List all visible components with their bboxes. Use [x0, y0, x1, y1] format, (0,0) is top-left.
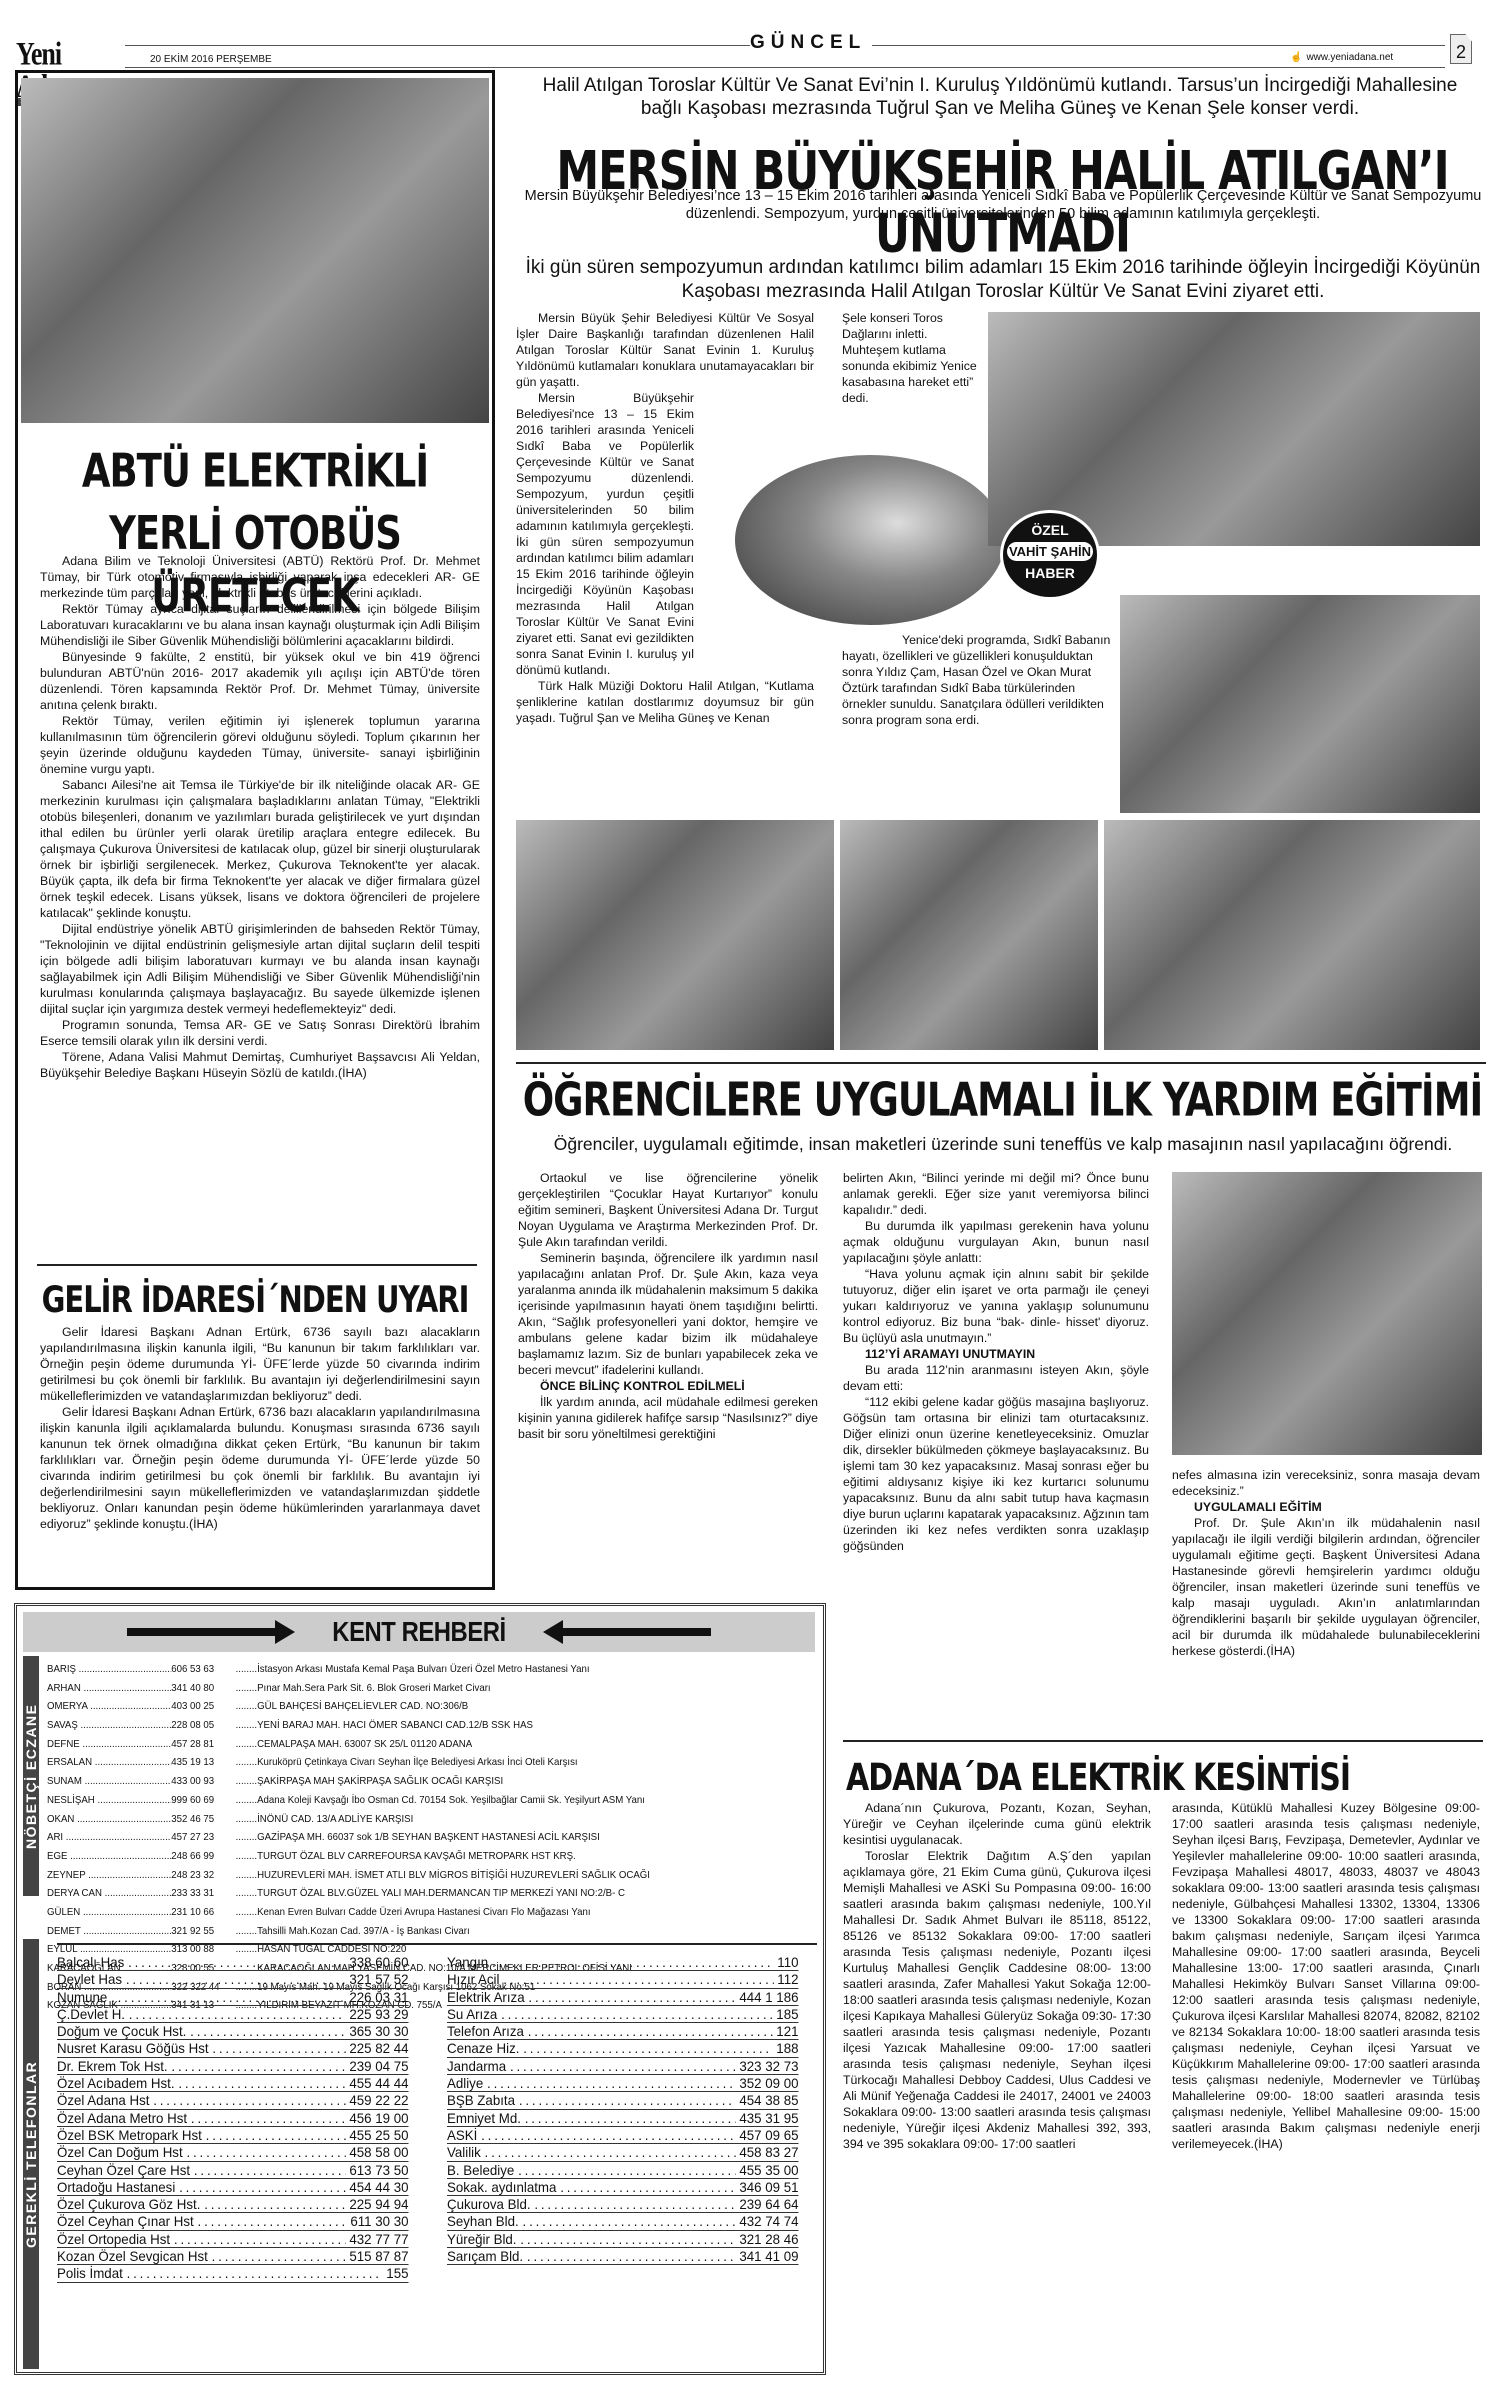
pharmacy-row: DEFNE457 28 81CEMALPAŞA MAH. 63007 SK 25…: [47, 1735, 811, 1754]
mersin-column-2: Şele konseri Toros Dağlarını inletti. Mu…: [842, 310, 977, 406]
service-phone: 454 38 85: [739, 2092, 798, 2108]
service-phone: 321 57 52: [349, 1971, 408, 1987]
phone-row: Doğum ve Çocuk Hst.365 30 30: [57, 2023, 409, 2040]
service-phone: 444 1 186: [739, 1989, 798, 2005]
service-name: BŞB Zabıta: [447, 2092, 515, 2108]
badge-author: VAHİT ŞAHİN: [1007, 542, 1093, 561]
pharmacy-phone: 248 66 99: [171, 1847, 235, 1866]
leader-dots: [204, 2196, 345, 2212]
phone-row: Özel Can Doğum Hst458 58 00: [57, 2144, 409, 2161]
service-name: Telefon Arıza: [447, 2023, 524, 2039]
leader-dots: [487, 2075, 735, 2091]
leader-dots: [174, 2231, 346, 2247]
service-phone: 121: [776, 2023, 798, 2039]
pharmacy-phone: 999 60 69: [171, 1791, 235, 1810]
service-phone: 455 25 50: [349, 2127, 408, 2143]
pharmacy-phone: 457 27 23: [171, 1828, 235, 1847]
paragraph: Bünyesinde 9 fakülte, 2 enstitü, bir yük…: [40, 649, 480, 713]
leader-dots: [501, 2006, 772, 2022]
phone-row: Ceyhan Özel Çare Hst613 73 50: [57, 2162, 409, 2179]
phone-row: Valilik458 83 27: [447, 2144, 799, 2161]
leader-dots: [206, 2127, 346, 2143]
pharmacy-phone: 457 28 81: [171, 1735, 235, 1754]
paragraph: Mersin Büyük Şehir Belediyesi Kültür Ve …: [516, 310, 814, 390]
service-phone: 455 35 00: [739, 2162, 798, 2178]
pharmacy-row: GÜLEN231 10 66Kenan Evren Bulvarı Cadde …: [47, 1903, 811, 1922]
service-name: B. Belediye: [447, 2162, 514, 2178]
pharmacy-row: ZEYNEP248 23 32HUZUREVLERİ MAH. İSMET AT…: [47, 1866, 811, 1885]
gelir-article-body: Gelir İdaresi Başkanı Adnan Ertürk, 6736…: [40, 1324, 480, 1532]
service-phone: 458 58 00: [349, 2144, 408, 2160]
service-name: Özel Ceyhan Çınar Hst: [57, 2213, 194, 2229]
mersin-intro: Halil Atılgan Toroslar Kültür Ve Sanat E…: [520, 74, 1480, 120]
pharmacy-address: GÜL BAHÇESİ BAHÇELİEVLER CAD. NO:306/B: [236, 1697, 469, 1716]
exclusive-news-badge: ÖZEL VAHİT ŞAHİN HABER: [1000, 510, 1100, 600]
leader-dots: [503, 1971, 773, 1987]
service-phone: 225 94 94: [349, 2196, 408, 2212]
pharmacy-name: ARHAN: [47, 1679, 171, 1698]
subheading: UYGULAMALI EĞİTİM: [1172, 1499, 1480, 1515]
leader-dots: [518, 2162, 735, 2178]
leader-dots: [492, 1954, 774, 1970]
service-name: Özel Acıbadem Hst.: [57, 2075, 175, 2091]
paragraph: Adana´nın Çukurova, Pozantı, Kozan, Seyh…: [843, 1800, 1151, 1848]
issue-date: 20 EKİM 2016 PERŞEMBE: [150, 54, 272, 65]
service-phone: 185: [776, 2006, 798, 2022]
service-phone: 352 09 00: [739, 2075, 798, 2091]
service-name: Doğum ve Çocuk Hst.: [57, 2023, 186, 2039]
dancers-photo: [840, 820, 1098, 1050]
leader-dots: [560, 2179, 735, 2195]
phone-row: Sokak. aydınlatma346 09 51: [447, 2179, 799, 2196]
pharmacy-row: DERYA CAN233 33 31TURGUT ÖZAL BLV.GÜZEL …: [47, 1884, 811, 1903]
service-phone: 432 74 74: [739, 2213, 798, 2229]
pharmacy-name: DEFNE: [47, 1735, 171, 1754]
pharmacy-name: ARI: [47, 1828, 171, 1847]
service-name: Özel Adana Metro Hst: [57, 2110, 187, 2126]
service-name: Sarıçam Bld.: [447, 2248, 523, 2264]
pharmacy-address: Kenan Evren Bulvarı Cadde Üzeri Avrupa H…: [236, 1903, 591, 1922]
power-outage-headline: ADANA´DA ELEKTRİK KESİNTİSİ: [840, 1756, 1490, 1801]
pharmacy-name: ERSALAN: [47, 1753, 171, 1772]
leader-dots: [534, 2196, 735, 2212]
paragraph: Seminerin başında, öğrencilere ilk yardı…: [518, 1250, 818, 1378]
phone-row: ASKİ457 09 65: [447, 2127, 799, 2144]
leader-dots: [212, 2040, 345, 2056]
service-phone: 457 09 65: [739, 2127, 798, 2143]
phone-row: Çukurova Bld.239 64 64: [447, 2196, 799, 2213]
paragraph: Türk Halk Müziği Doktoru Halil Atılgan, …: [516, 678, 814, 726]
phone-row: Ortadoğu Hastanesi454 44 30: [57, 2179, 409, 2196]
pharmacy-name: DEMET: [47, 1922, 171, 1941]
leader-dots: [485, 2144, 736, 2160]
pharmacy-name: NESLİŞAH: [47, 1791, 171, 1810]
website-url: www.yeniadana.net: [1306, 52, 1393, 63]
pharmacy-row: DEMET321 92 55Tahsilli Mah.Kozan Cad. 39…: [47, 1922, 811, 1941]
service-name: Yüreğir Bld.: [447, 2231, 516, 2247]
service-phone: 432 77 77: [349, 2231, 408, 2247]
phone-list-left: Balcalı Has338 60 60Devlet Has321 57 52N…: [57, 1954, 427, 2283]
paragraph: Toroslar Elektrik Dağıtım A.Ş´den yapıla…: [843, 1848, 1151, 2152]
pharmacy-phone: 248 23 32: [171, 1866, 235, 1885]
pharmacy-row: BARIŞ606 53 63İstasyon Arkası Mustafa Ke…: [47, 1660, 811, 1679]
service-name: Yangın: [447, 1954, 488, 1970]
phone-row: Cenaze Hiz.188: [447, 2040, 799, 2057]
mersin-subdeck: İki gün süren sempozyumun ardından katıl…: [518, 256, 1488, 304]
mersin-column-3: Yenice'deki programda, Sıdkî Babanın hay…: [842, 632, 1112, 728]
pharmacy-row: ARI457 27 23GAZİPAŞA MH. 66037 sok 1/B S…: [47, 1828, 811, 1847]
service-phone: 435 31 95: [739, 2110, 798, 2126]
phone-row: Özel Ceyhan Çınar Hst611 30 30: [57, 2213, 409, 2230]
service-name: Valilik: [447, 2144, 481, 2160]
pharmacy-name: OMERYA: [47, 1697, 171, 1716]
pharmacy-address: GAZİPAŞA MH. 66037 sok 1/B SEYHAN BAŞKEN…: [236, 1828, 600, 1847]
power-outage-column-1: Adana´nın Çukurova, Pozantı, Kozan, Seyh…: [843, 1800, 1151, 2152]
pharmacy-row: NESLİŞAH999 60 69Adana Koleji Kavşağı İb…: [47, 1791, 811, 1810]
leader-dots: [111, 1989, 345, 2005]
phone-row: Adliye352 09 00: [447, 2075, 799, 2092]
phone-row: Sarıçam Bld.341 41 09: [447, 2248, 799, 2265]
service-phone: 226 03 31: [349, 1989, 408, 2005]
service-name: Özel BSK Metropark Hst: [57, 2127, 202, 2143]
first-aid-column-1: Ortaokul ve lise öğrencilerine yönelik g…: [518, 1170, 818, 1442]
service-phone: 346 09 51: [739, 2179, 798, 2195]
service-name: Kozan Özel Sevgican Hst: [57, 2248, 208, 2264]
leader-dots: [171, 2058, 345, 2074]
service-phone: 225 82 44: [349, 2040, 408, 2056]
city-guide-box: KENT REHBERİ NÖBETÇİ ECZANE GEREKLİ TELE…: [14, 1603, 826, 2375]
pharmacy-phone: 435 19 13: [171, 1753, 235, 1772]
badge-top: ÖZEL: [1003, 522, 1097, 538]
divider: [37, 1264, 477, 1266]
leader-dots: [528, 2023, 773, 2039]
pharmacy-name: SUNAM: [47, 1772, 171, 1791]
service-name: Özel Adana Hst: [57, 2092, 149, 2108]
musicians-photo: [516, 820, 834, 1050]
service-phone: 110: [777, 1954, 798, 1970]
phone-row: Yangın110: [447, 1954, 799, 1971]
leader-dots: [528, 1989, 735, 2005]
service-name: Nusret Karasu Göğüs Hst: [57, 2040, 209, 2056]
arrow-right-icon: [127, 1628, 277, 1636]
leader-dots: [126, 1971, 346, 1987]
service-phone: 338 60 60: [349, 1954, 408, 1970]
pharmacy-name: SAVAŞ: [47, 1716, 171, 1735]
phone-list-right: Yangın110Hızır Acil112Elektrik Arıza444 …: [447, 1954, 817, 2265]
pointing-hand-icon: ☝: [1290, 52, 1302, 63]
pharmacy-name: GÜLEN: [47, 1903, 171, 1922]
power-outage-column-2: arasında, Kütüklü Mahallesi Kuzey Bölges…: [1172, 1800, 1480, 2152]
first-aid-deck: Öğrenciler, uygulamalı eğitimde, insan m…: [518, 1133, 1488, 1155]
phone-row: Ç.Devlet H.225 93 29: [57, 2006, 409, 2023]
service-phone: 239 04 75: [349, 2058, 408, 2074]
phone-row: Balcalı Has338 60 60: [57, 1954, 409, 1971]
paragraph: Gelir İdaresi Başkanı Adnan Ertürk, 6736…: [40, 1404, 480, 1532]
paragraph: Rektör Tümay ayrıca dijital suçların del…: [40, 601, 480, 649]
paragraph: “Hava yolunu açmak için alnını sabit bir…: [843, 1266, 1149, 1346]
pharmacy-address: Pınar Mah.Sera Park Sit. 6. Blok Groseri…: [236, 1679, 491, 1698]
pharmacy-phone: 403 00 25: [171, 1697, 235, 1716]
pharmacy-address: HUZUREVLERİ MAH. İSMET ATLI BLV MİGROS B…: [236, 1866, 650, 1885]
service-phone: 155: [386, 2265, 408, 2281]
ceremony-photo: [21, 78, 489, 423]
phones-label: GEREKLİ TELEFONLAR: [23, 1939, 39, 2369]
service-name: Devlet Has: [57, 1971, 122, 1987]
leader-dots: [190, 2023, 345, 2039]
pharmacy-address: Tahsilli Mah.Kozan Cad. 397/A - İş Banka…: [236, 1922, 470, 1941]
service-phone: 515 87 87: [349, 2248, 408, 2264]
pharmacy-phone: 231 10 66: [171, 1903, 235, 1922]
phone-row: Seyhan Bld.432 74 74: [447, 2213, 799, 2230]
pharmacy-address: TURGUT ÖZAL BLV.GÜZEL YALI MAH.DERMANCAN…: [236, 1884, 625, 1903]
paragraph: Bu arada 112’nin aranmasını isteyen Akın…: [843, 1362, 1149, 1394]
leader-dots: [128, 1954, 345, 1970]
paragraph: Sabancı Ailesi'ne ait Temsa ile Türkiye'…: [40, 777, 480, 921]
divider: [516, 1062, 1486, 1064]
leader-dots: [129, 2006, 346, 2022]
pharmacy-phone: 433 00 93: [171, 1772, 235, 1791]
service-name: Elektrik Arıza: [447, 1989, 525, 2005]
masthead-rule-bottom: [125, 67, 1445, 68]
service-name: Balcalı Has: [57, 1954, 124, 1970]
leader-dots: [520, 2231, 735, 2247]
pharmacy-row: ERSALAN435 19 13Kuruköprü Çetinkaya Civa…: [47, 1753, 811, 1772]
paragraph: Rektör Tümay, verilen eğitimin iyi işlen…: [40, 713, 480, 777]
service-name: Çukurova Bld.: [447, 2196, 531, 2212]
arrow-left-icon: [561, 1628, 711, 1636]
section-title: GÜNCEL: [750, 32, 872, 54]
service-phone: 112: [777, 1971, 798, 1987]
paragraph: Adana Bilim ve Teknoloji Üniversitesi (A…: [40, 553, 480, 601]
phone-row: Özel Ortopedia Hst432 77 77: [57, 2231, 409, 2248]
service-phone: 611 30 30: [350, 2213, 408, 2229]
page-number: 2: [1450, 34, 1472, 64]
pharmacy-phone: 228 08 05: [171, 1716, 235, 1735]
divider: [57, 1943, 817, 1945]
paragraph: Bu durumda ilk yapılması gerekenin hava …: [843, 1218, 1149, 1266]
service-phone: 365 30 30: [349, 2023, 408, 2039]
paragraph: Dijital endüstriye yönelik ABTÜ girişiml…: [40, 921, 480, 1017]
phone-row: Telefon Arıza121: [447, 2023, 799, 2040]
divider: [843, 1740, 1483, 1742]
pharmacy-address: Kuruköprü Çetinkaya Civarı Seyhan İlçe B…: [236, 1753, 578, 1772]
phone-row: Devlet Has321 57 52: [57, 1971, 409, 1988]
speaker-oval-photo: [735, 455, 1005, 625]
pharmacy-address: CEMALPAŞA MAH. 63007 SK 25/L 01120 ADANA: [236, 1735, 473, 1754]
website-link[interactable]: ☝ www.yeniadana.net: [1290, 52, 1393, 63]
service-phone: 454 44 30: [349, 2179, 408, 2195]
paragraph: Gelir İdaresi Başkanı Adnan Ertürk, 6736…: [40, 1324, 480, 1404]
city-guide-title: KENT REHBERİ: [332, 1616, 505, 1648]
leader-dots: [525, 2110, 736, 2126]
paragraph: belirten Akın, “Bilinci yerinde mi değil…: [843, 1170, 1149, 1218]
service-name: Ç.Devlet H.: [57, 2006, 125, 2022]
service-name: Özel Can Doğum Hst: [57, 2144, 183, 2160]
pharmacy-name: DERYA CAN: [47, 1884, 171, 1903]
service-name: Hızır Acil: [447, 1971, 499, 1987]
subheading: ÖNCE BİLİNÇ KONTROL EDİLMELİ: [518, 1378, 818, 1394]
pharmacy-address: YENİ BARAJ MAH. HACI ÖMER SABANCI CAD.12…: [236, 1716, 533, 1735]
paragraph: “112 ekibi gelene kadar göğüs masajına b…: [843, 1394, 1149, 1554]
leader-dots: [510, 2058, 736, 2074]
pharmacy-address: İNÖNÜ CAD. 13/A ADLİYE KARŞISI: [236, 1810, 414, 1829]
pharmacy-row: SUNAM433 00 93ŞAKİRPAŞA MAH ŞAKİRPAŞA SA…: [47, 1772, 811, 1791]
leader-dots: [198, 2213, 347, 2229]
pharmacy-address: ŞAKİRPAŞA MAH ŞAKİRPAŞA SAĞLIK OCAĞI KAR…: [236, 1772, 504, 1791]
service-phone: 321 28 46: [739, 2231, 798, 2247]
pharmacy-name: ZEYNEP: [47, 1866, 171, 1885]
phone-row: Jandarma323 32 73: [447, 2058, 799, 2075]
leader-dots: [153, 2092, 345, 2108]
pharmacy-phone: 321 92 55: [171, 1922, 235, 1941]
leader-dots: [179, 2179, 345, 2195]
folk-dance-photo: [1120, 595, 1480, 813]
service-name: Özel Çukurova Göz Hst.: [57, 2196, 200, 2212]
service-phone: 459 22 22: [349, 2092, 408, 2108]
service-phone: 458 83 27: [739, 2144, 798, 2160]
leader-dots: [178, 2075, 345, 2091]
phone-row: Dr. Ekrem Tok Hst.239 04 75: [57, 2058, 409, 2075]
service-name: Polis İmdat: [57, 2265, 123, 2281]
service-phone: 225 93 29: [349, 2006, 408, 2022]
phone-row: Su Arıza185: [447, 2006, 799, 2023]
pharmacy-row: EGE248 66 99TURGUT ÖZAL BLV CARREFOURSA …: [47, 1847, 811, 1866]
phone-row: Yüreğir Bld.321 28 46: [447, 2231, 799, 2248]
pharmacy-phone: 341 40 80: [171, 1679, 235, 1698]
pharmacy-row: ARHAN341 40 80Pınar Mah.Sera Park Sit. 6…: [47, 1679, 811, 1698]
first-aid-column-3: nefes almasına izin vereceksiniz, sonra …: [1172, 1467, 1480, 1659]
leader-dots: [186, 2144, 345, 2160]
cpr-training-photo: [1172, 1172, 1482, 1455]
paragraph: İlk yardım anında, acil müdahale edilmes…: [518, 1394, 818, 1442]
service-name: Dr. Ekrem Tok Hst.: [57, 2058, 168, 2074]
pharmacy-name: BARIŞ: [47, 1660, 171, 1679]
pharmacy-phone: 352 46 75: [171, 1810, 235, 1829]
service-name: Özel Ortopedia Hst: [57, 2231, 170, 2247]
service-phone: 341 41 09: [739, 2248, 798, 2264]
service-name: Ortadoğu Hastanesi: [57, 2179, 175, 2195]
service-name: Su Arıza: [447, 2006, 497, 2022]
pharmacy-row: OMERYA403 00 25GÜL BAHÇESİ BAHÇELİEVLER …: [47, 1697, 811, 1716]
leader-dots: [481, 2127, 735, 2143]
service-name: Seyhan Bld.: [447, 2213, 519, 2229]
badge-bottom: HABER: [1003, 565, 1097, 581]
service-name: Adliye: [447, 2075, 483, 2091]
phone-row: Özel Adana Hst459 22 22: [57, 2092, 409, 2109]
mersin-deck: Mersin Büyükşehir Belediyesi’nce 13 – 15…: [518, 187, 1488, 223]
pharmacy-phone: 606 53 63: [171, 1660, 235, 1679]
phone-row: BŞB Zabıta454 38 85: [447, 2092, 799, 2109]
service-name: Emniyet Md.: [447, 2110, 521, 2126]
leader-dots: [127, 2265, 383, 2281]
phone-row: Numune226 03 31: [57, 1989, 409, 2006]
phone-row: Emniyet Md.435 31 95: [447, 2110, 799, 2127]
pharmacy-row: OKAN352 46 75İNÖNÜ CAD. 13/A ADLİYE KARŞ…: [47, 1810, 811, 1829]
leader-dots: [519, 2092, 736, 2108]
first-aid-column-2: belirten Akın, “Bilinci yerinde mi değil…: [843, 1170, 1149, 1554]
subheading: 112’Yİ ARAMAYI UNUTMAYIN: [843, 1346, 1149, 1362]
paragraph: Ortaokul ve lise öğrencilerine yönelik g…: [518, 1170, 818, 1250]
pharmacy-address: İstasyon Arkası Mustafa Kemal Paşa Bulva…: [236, 1660, 590, 1679]
pharmacy-label: NÖBETÇİ ECZANE: [23, 1656, 39, 1896]
abtu-article-body: Adana Bilim ve Teknoloji Üniversitesi (A…: [40, 553, 480, 1081]
service-name: ASKİ: [447, 2127, 477, 2143]
phone-row: Özel Adana Metro Hst456 19 00: [57, 2110, 409, 2127]
city-guide-header: KENT REHBERİ: [23, 1612, 815, 1652]
leader-dots: [523, 2040, 772, 2056]
phone-row: Polis İmdat155: [57, 2265, 409, 2282]
paragraph: Törene, Adana Valisi Mahmut Demirtaş, Cu…: [40, 1049, 480, 1081]
leader-dots: [523, 2213, 736, 2229]
service-name: Cenaze Hiz.: [447, 2040, 519, 2056]
leader-dots: [527, 2248, 736, 2264]
pharmacy-phone: 233 33 31: [171, 1884, 235, 1903]
pharmacy-name: OKAN: [47, 1810, 171, 1829]
phone-row: Özel BSK Metropark Hst455 25 50: [57, 2127, 409, 2144]
paragraph: Programın sonunda, Temsa AR- GE ve Satış…: [40, 1017, 480, 1049]
phone-row: B. Belediye455 35 00: [447, 2162, 799, 2179]
service-phone: 456 19 00: [349, 2110, 408, 2126]
pharmacy-address: Adana Koleji Kavşağı İbo Osman Cd. 70154…: [236, 1791, 645, 1810]
leader-dots: [212, 2248, 346, 2264]
phone-row: Kozan Özel Sevgican Hst515 87 87: [57, 2248, 409, 2265]
phone-row: Özel Acıbadem Hst.455 44 44: [57, 2075, 409, 2092]
service-phone: 613 73 50: [349, 2162, 408, 2178]
pharmacy-address: TURGUT ÖZAL BLV CARREFOURSA KAVŞAĞI METR…: [236, 1847, 576, 1866]
paragraph: Prof. Dr. Şule Akın’ın ilk müdahalenin n…: [1172, 1515, 1480, 1659]
phone-row: Özel Çukurova Göz Hst.225 94 94: [57, 2196, 409, 2213]
service-name: Sokak. aydınlatma: [447, 2179, 556, 2195]
first-aid-headline: ÖĞRENCİLERE UYGULAMALI İLK YARDIM EĞİTİM…: [515, 1073, 1490, 1128]
newspaper-page: Yeni Adana 1918'DEN BERİ HALKIN HİZMETİN…: [0, 0, 1500, 2395]
leader-dots: [194, 2162, 346, 2178]
service-name: Numune: [57, 1989, 107, 2005]
service-phone: 323 32 73: [739, 2058, 798, 2074]
leader-dots: [191, 2110, 346, 2126]
award-group-photo: [1104, 820, 1480, 1050]
service-name: Ceyhan Özel Çare Hst: [57, 2162, 190, 2178]
pharmacy-row: SAVAŞ228 08 05YENİ BARAJ MAH. HACI ÖMER …: [47, 1716, 811, 1735]
service-name: Jandarma: [447, 2058, 506, 2074]
phone-row: Hızır Acil112: [447, 1971, 799, 1988]
service-phone: 188: [776, 2040, 798, 2056]
gelir-headline: GELİR İDARESİ´NDEN UYARI: [22, 1277, 488, 1322]
service-phone: 239 64 64: [739, 2196, 798, 2212]
service-phone: 455 44 44: [349, 2075, 408, 2091]
phone-row: Elektrik Arıza444 1 186: [447, 1989, 799, 2006]
pharmacy-name: EGE: [47, 1847, 171, 1866]
phone-row: Nusret Karasu Göğüs Hst225 82 44: [57, 2040, 409, 2057]
paragraph: nefes almasına izin vereceksiniz, sonra …: [1172, 1467, 1480, 1499]
